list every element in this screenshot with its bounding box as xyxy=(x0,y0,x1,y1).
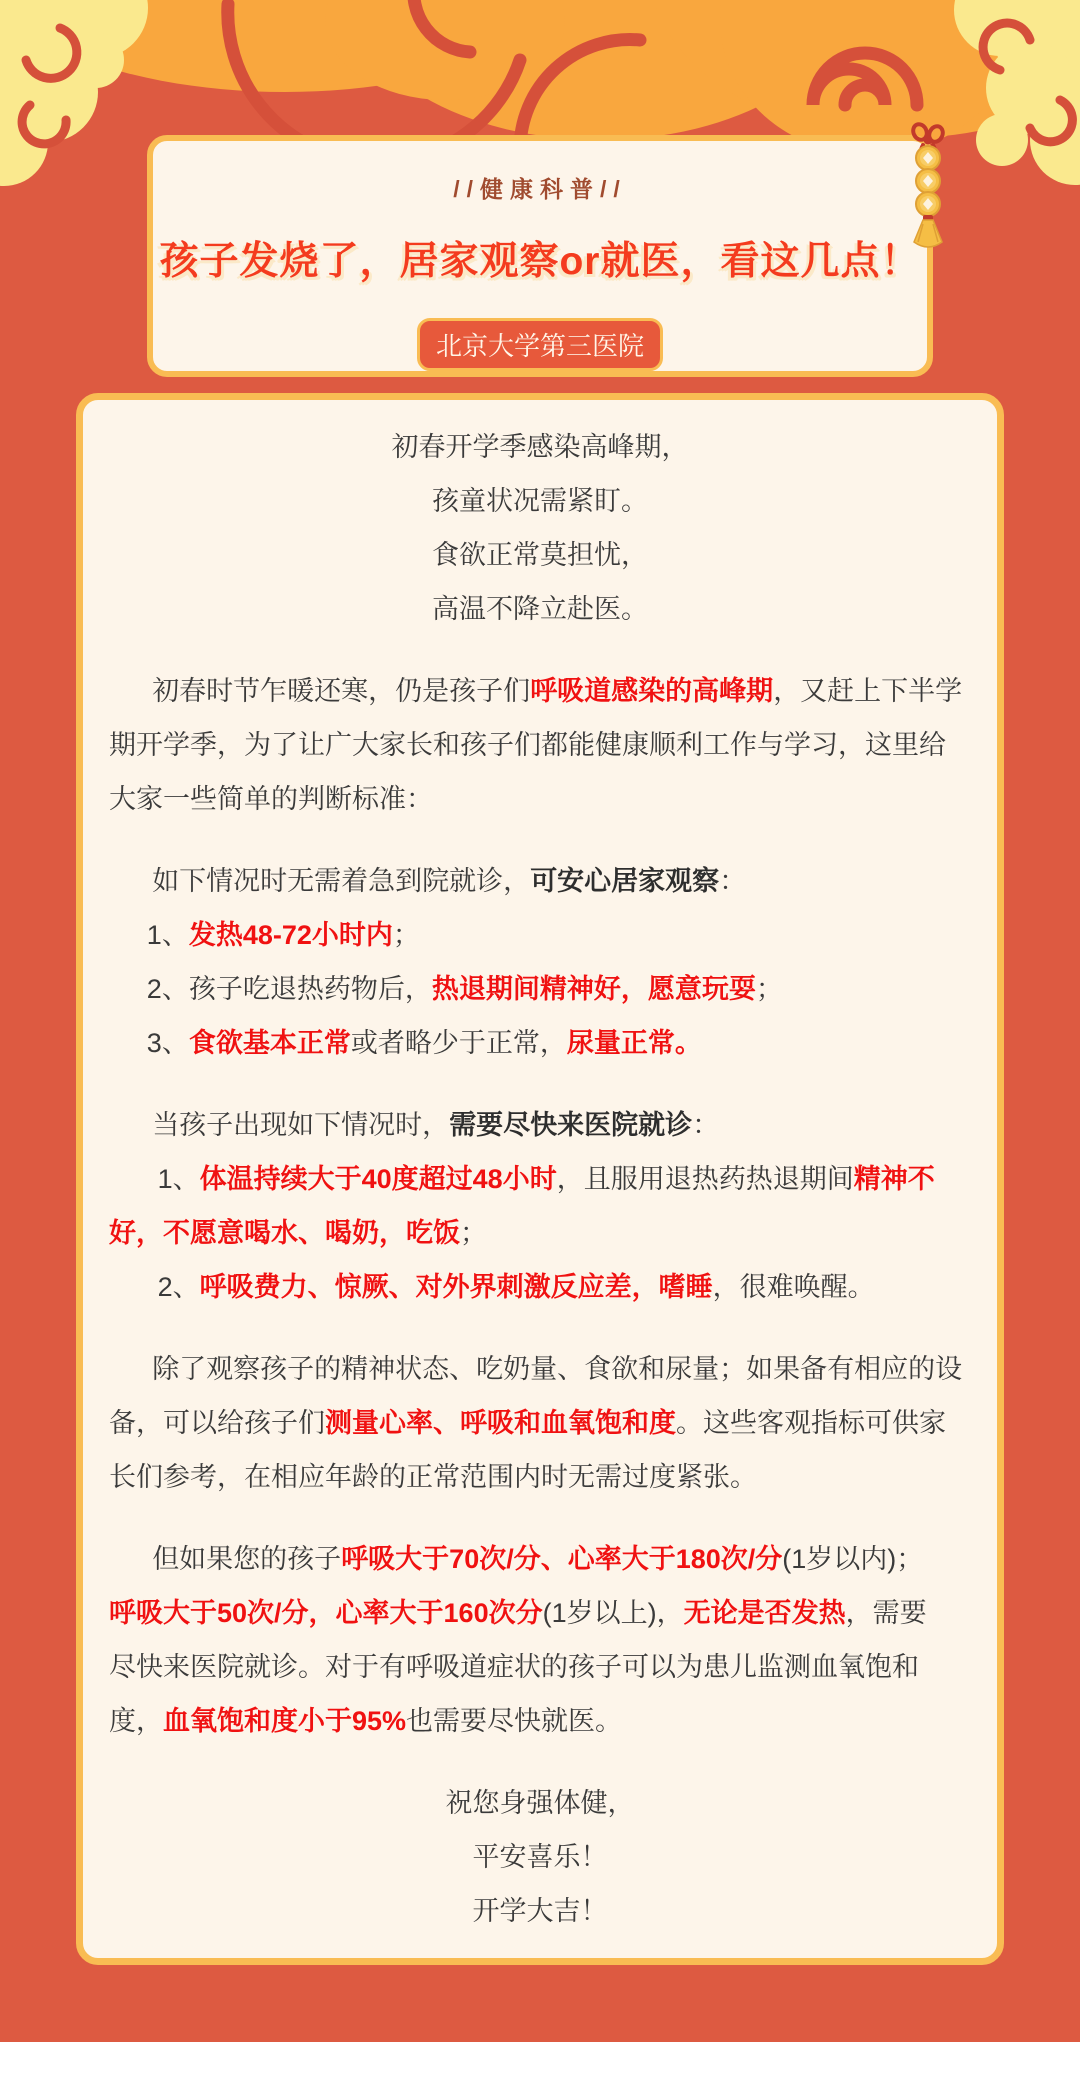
text-segment: ，很难唤醒。 xyxy=(713,1272,875,1302)
text-line: 孩童状况需紧盯。 xyxy=(109,474,971,528)
article-card: 初春开学季感染高峰期，孩童状况需紧盯。食欲正常莫担忧，高温不降立赴医。 初春时节… xyxy=(76,393,1004,1965)
coin-ornament-icon xyxy=(890,118,970,258)
text-segment: 也需要尽快就医。 xyxy=(406,1706,622,1736)
kicker-label: //健康科普// xyxy=(153,171,927,204)
text-segment: ，且服用退热药热退期间 xyxy=(557,1164,854,1194)
poem: 初春开学季感染高峰期，孩童状况需紧盯。食欲正常莫担忧，高温不降立赴医。 xyxy=(109,420,971,636)
text-segment: 发热48-72小时内 xyxy=(189,920,393,950)
text-segment: 除了观察孩子的精神状态、吃奶量、食欲和尿量；如果备有相应的设 xyxy=(152,1354,962,1384)
paragraph: 1、体温持续大于40度超过48小时，且服用退热药热退期间精神不好，不愿意喝水、喝… xyxy=(109,1152,971,1260)
paragraph: 初春时节乍暖还寒，仍是孩子们呼吸道感染的高峰期，又赶上下半学期开学季，为了让广大… xyxy=(109,664,971,826)
text-segment: 无论是否发热 xyxy=(684,1598,846,1628)
text-segment: 血氧饱和度小于95% xyxy=(163,1706,406,1736)
text-segment: 3、 xyxy=(147,1028,189,1058)
paragraph: 除了观察孩子的精神状态、吃奶量、食欲和尿量；如果备有相应的设备，可以给孩子们测量… xyxy=(109,1342,971,1504)
text-segment: 如下情况时无需着急到院就诊， xyxy=(152,866,530,896)
text-segment: 。这些客观指标可供家 xyxy=(676,1408,946,1438)
text-segment: 大家一些简单的判断标准： xyxy=(109,784,433,814)
header-card: //健康科普// 孩子发烧了，居家观察or就医，看这几点！ 北京大学第三医院 xyxy=(147,135,933,377)
text-segment: 但如果您的孩子 xyxy=(152,1544,341,1574)
text-segment: 需要尽快来医院就诊 xyxy=(449,1110,692,1140)
text-line: 初春开学季感染高峰期， xyxy=(109,420,971,474)
text-segment: ，需要 xyxy=(846,1598,927,1628)
text-segment: 测量心率、呼吸和血氧饱和度 xyxy=(325,1408,676,1438)
text-segment: 呼吸道感染的高峰期 xyxy=(530,676,773,706)
text-segment: ； xyxy=(756,974,783,1004)
text-segment: 尽快来医院就诊。对于有呼吸道症状的孩子可以为患儿监测血氧饱和 xyxy=(109,1652,919,1682)
article-body: 初春时节乍暖还寒，仍是孩子们呼吸道感染的高峰期，又赶上下半学期开学季，为了让广大… xyxy=(109,664,971,1748)
text-segment: 可安心居家观察 xyxy=(530,866,719,896)
text-segment: 度， xyxy=(109,1706,163,1736)
text-segment: ； xyxy=(460,1218,487,1248)
paragraph: 2、孩子吃退热药物后，热退期间精神好，愿意玩耍； xyxy=(109,962,971,1016)
text-segment: ； xyxy=(393,920,420,950)
page: //健康科普// 孩子发烧了，居家观察or就医，看这几点！ 北京大学第三医院 xyxy=(0,0,1080,2079)
text-line: 开学大吉！ xyxy=(109,1884,971,1938)
text-segment: 当孩子出现如下情况时， xyxy=(152,1110,449,1140)
paragraph: 1、发热48-72小时内； xyxy=(109,908,971,962)
paragraph: 如下情况时无需着急到院就诊，可安心居家观察： xyxy=(109,854,971,908)
bottom-white-strip xyxy=(0,2042,1080,2079)
text-segment: 食欲基本正常 xyxy=(189,1028,351,1058)
text-segment: 或者略少于正常， xyxy=(351,1028,567,1058)
text-segment: 初春时节乍暖还寒，仍是孩子们 xyxy=(152,676,530,706)
text-segment: 体温持续大于40度超过48小时 xyxy=(200,1164,557,1194)
hospital-badge: 北京大学第三医院 xyxy=(417,318,663,371)
text-segment: 备，可以给孩子们 xyxy=(109,1408,325,1438)
paragraph: 2、呼吸费力、惊厥、对外界刺激反应差，嗜睡，很难唤醒。 xyxy=(109,1260,971,1314)
text-segment: 呼吸费力、惊厥、对外界刺激反应差，嗜睡 xyxy=(200,1272,713,1302)
text-segment: 精神不 xyxy=(854,1164,935,1194)
text-segment: 尿量正常。 xyxy=(567,1028,702,1058)
text-line: 平安喜乐！ xyxy=(109,1830,971,1884)
text-segment: 好，不愿意喝水、喝奶，吃饭 xyxy=(109,1218,460,1248)
text-segment: 2、孩子吃退热药物后， xyxy=(147,974,432,1004)
text-segment: ，又赶上下半学 xyxy=(773,676,962,706)
text-segment: ： xyxy=(692,1110,719,1140)
closing-wishes: 祝您身强体健，平安喜乐！开学大吉！ xyxy=(109,1776,971,1938)
text-line: 祝您身强体健， xyxy=(109,1776,971,1830)
text-segment: 呼吸大于50次/分，心率大于160次分 xyxy=(109,1598,543,1628)
text-segment: 呼吸大于70次/分、心率大于180次/分 xyxy=(341,1544,782,1574)
text-segment: 热退期间精神好，愿意玩耍 xyxy=(432,974,756,1004)
page-title: 孩子发烧了，居家观察or就医，看这几点！ xyxy=(153,230,927,286)
text-segment: (1岁以内)； xyxy=(782,1544,923,1574)
paragraph: 但如果您的孩子呼吸大于70次/分、心率大于180次/分(1岁以内)；呼吸大于50… xyxy=(109,1532,971,1748)
text-segment: 2、 xyxy=(158,1272,200,1302)
text-segment: 1、 xyxy=(158,1164,200,1194)
text-line: 高温不降立赴医。 xyxy=(109,582,971,636)
text-segment: 长们参考，在相应年龄的正常范围内时无需过度紧张。 xyxy=(109,1462,757,1492)
text-segment: 期开学季，为了让广大家长和孩子们都能健康顺利工作与学习，这里给 xyxy=(109,730,946,760)
text-line: 食欲正常莫担忧， xyxy=(109,528,971,582)
text-segment: (1岁以上)， xyxy=(543,1598,684,1628)
text-segment: ： xyxy=(719,866,746,896)
text-segment: 1、 xyxy=(147,920,189,950)
paragraph: 当孩子出现如下情况时，需要尽快来医院就诊： xyxy=(109,1098,971,1152)
paragraph: 3、食欲基本正常或者略少于正常，尿量正常。 xyxy=(109,1016,971,1070)
